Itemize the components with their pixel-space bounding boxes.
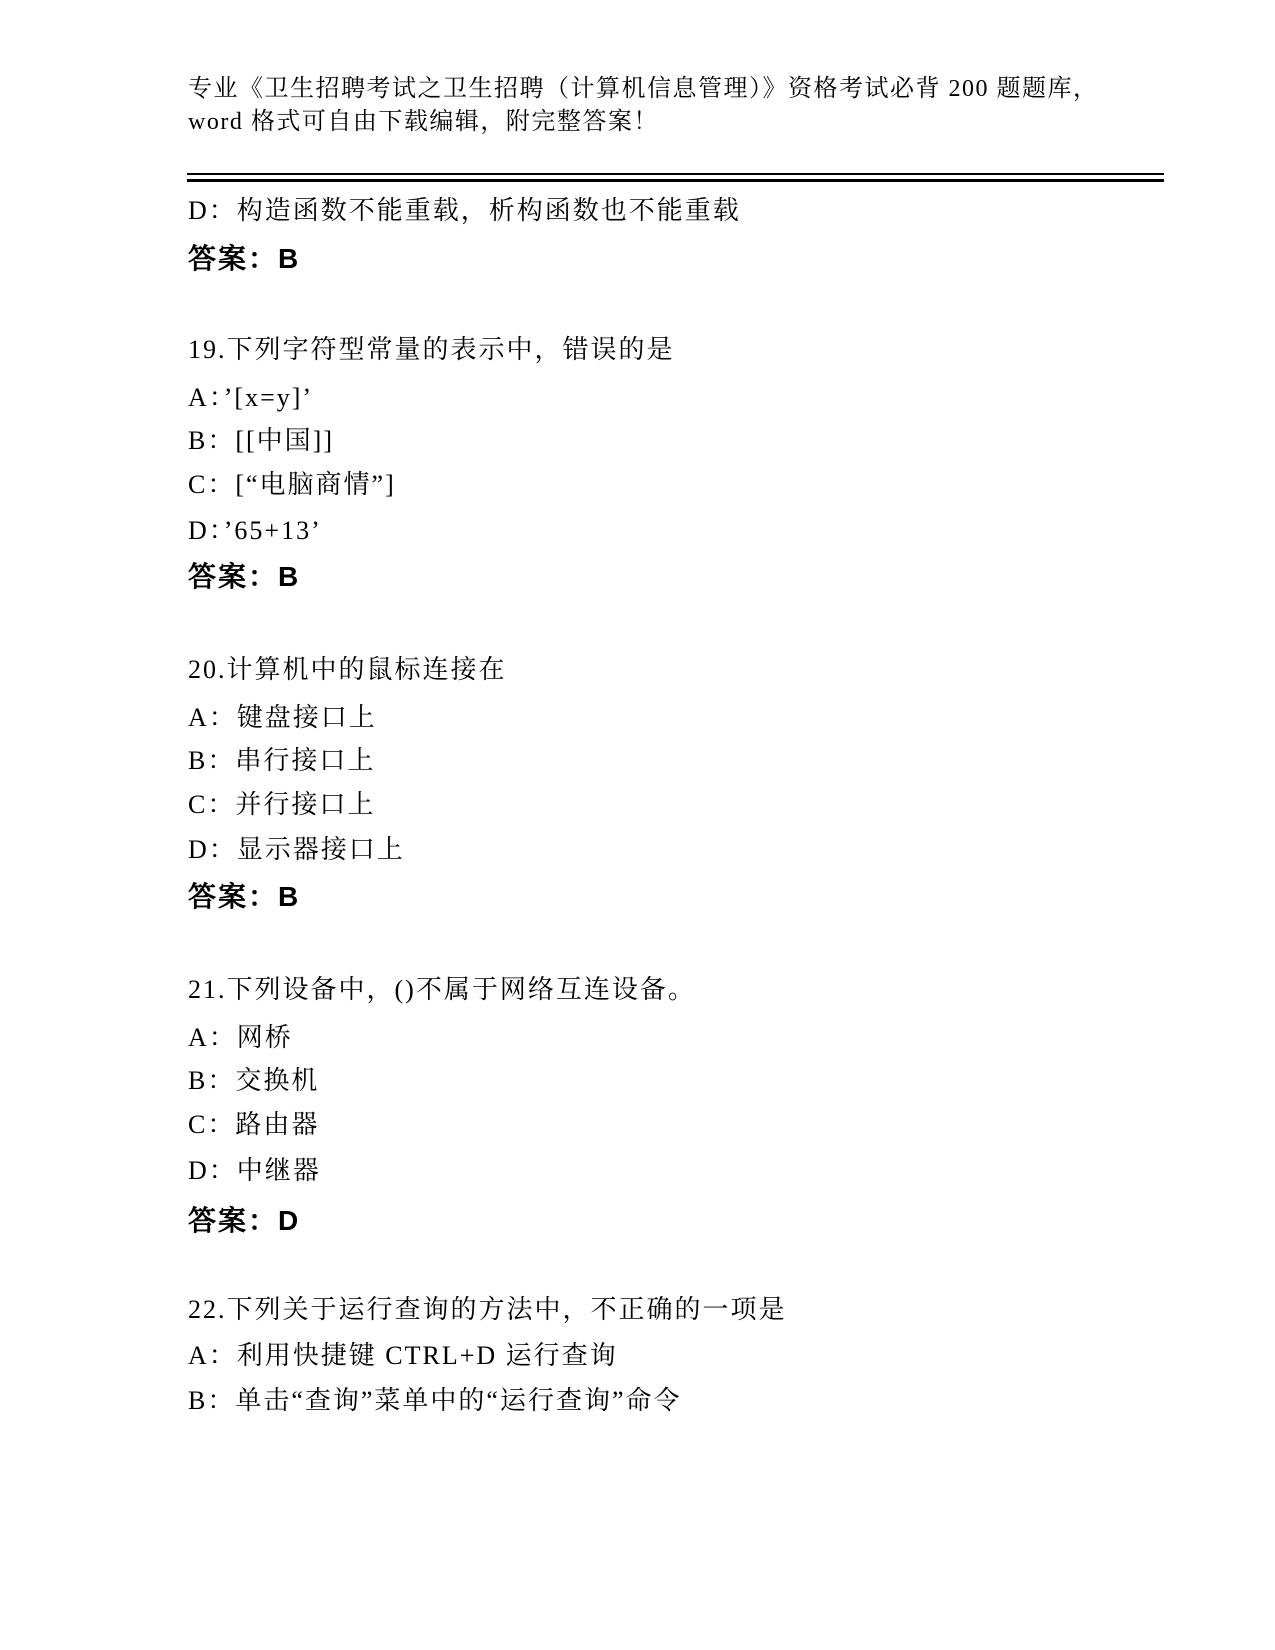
question-19-option-a: A：’[x=y]’ [188, 382, 313, 414]
question-22-option-a: A：利用快捷键 CTRL+D 运行查询 [188, 1340, 618, 1372]
question-19-title: 19.下列字符型常量的表示中，错误的是 [188, 334, 675, 366]
question-21-answer: 答案：D [188, 1204, 300, 1238]
header-divider [187, 173, 1164, 182]
question-22-option-b: B：单击“查询”菜单中的“运行查询”命令 [188, 1385, 682, 1417]
question-21-option-b: B：交换机 [188, 1065, 319, 1097]
question-20-option-b: B：串行接口上 [188, 745, 375, 777]
question-18-option-d: D：构造函数不能重载，析构函数也不能重载 [188, 195, 741, 227]
question-21-title: 21.下列设备中，()不属于网络互连设备。 [188, 974, 696, 1006]
question-19-option-d: D：’65+13’ [188, 515, 322, 547]
question-20-option-c: C：并行接口上 [188, 789, 375, 821]
question-22-title: 22.下列关于运行查询的方法中，不正确的一项是 [188, 1294, 787, 1326]
question-20-title: 20.计算机中的鼠标连接在 [188, 654, 507, 686]
question-19-option-c: C：[“电脑商情”] [188, 469, 396, 501]
question-21-option-a: A：网桥 [188, 1022, 293, 1054]
header-line-2: word 格式可自由下载编辑，附完整答案！ [188, 107, 659, 137]
question-19-option-b: B：[[中国]] [188, 425, 334, 457]
question-21-option-c: C：路由器 [188, 1109, 319, 1141]
question-21-option-d: D：中继器 [188, 1155, 321, 1187]
document-page: 专业《卫生招聘考试之卫生招聘（计算机信息管理）》资格考试必背 200 题题库， … [0, 0, 1275, 1650]
header-line-1: 专业《卫生招聘考试之卫生招聘（计算机信息管理）》资格考试必背 200 题题库， [188, 74, 1099, 104]
question-20-option-a: A：键盘接口上 [188, 702, 377, 734]
question-20-option-d: D：显示器接口上 [188, 834, 405, 866]
question-20-answer: 答案：B [188, 880, 300, 914]
question-19-answer: 答案：B [188, 560, 300, 594]
question-18-answer: 答案：B [188, 242, 300, 276]
